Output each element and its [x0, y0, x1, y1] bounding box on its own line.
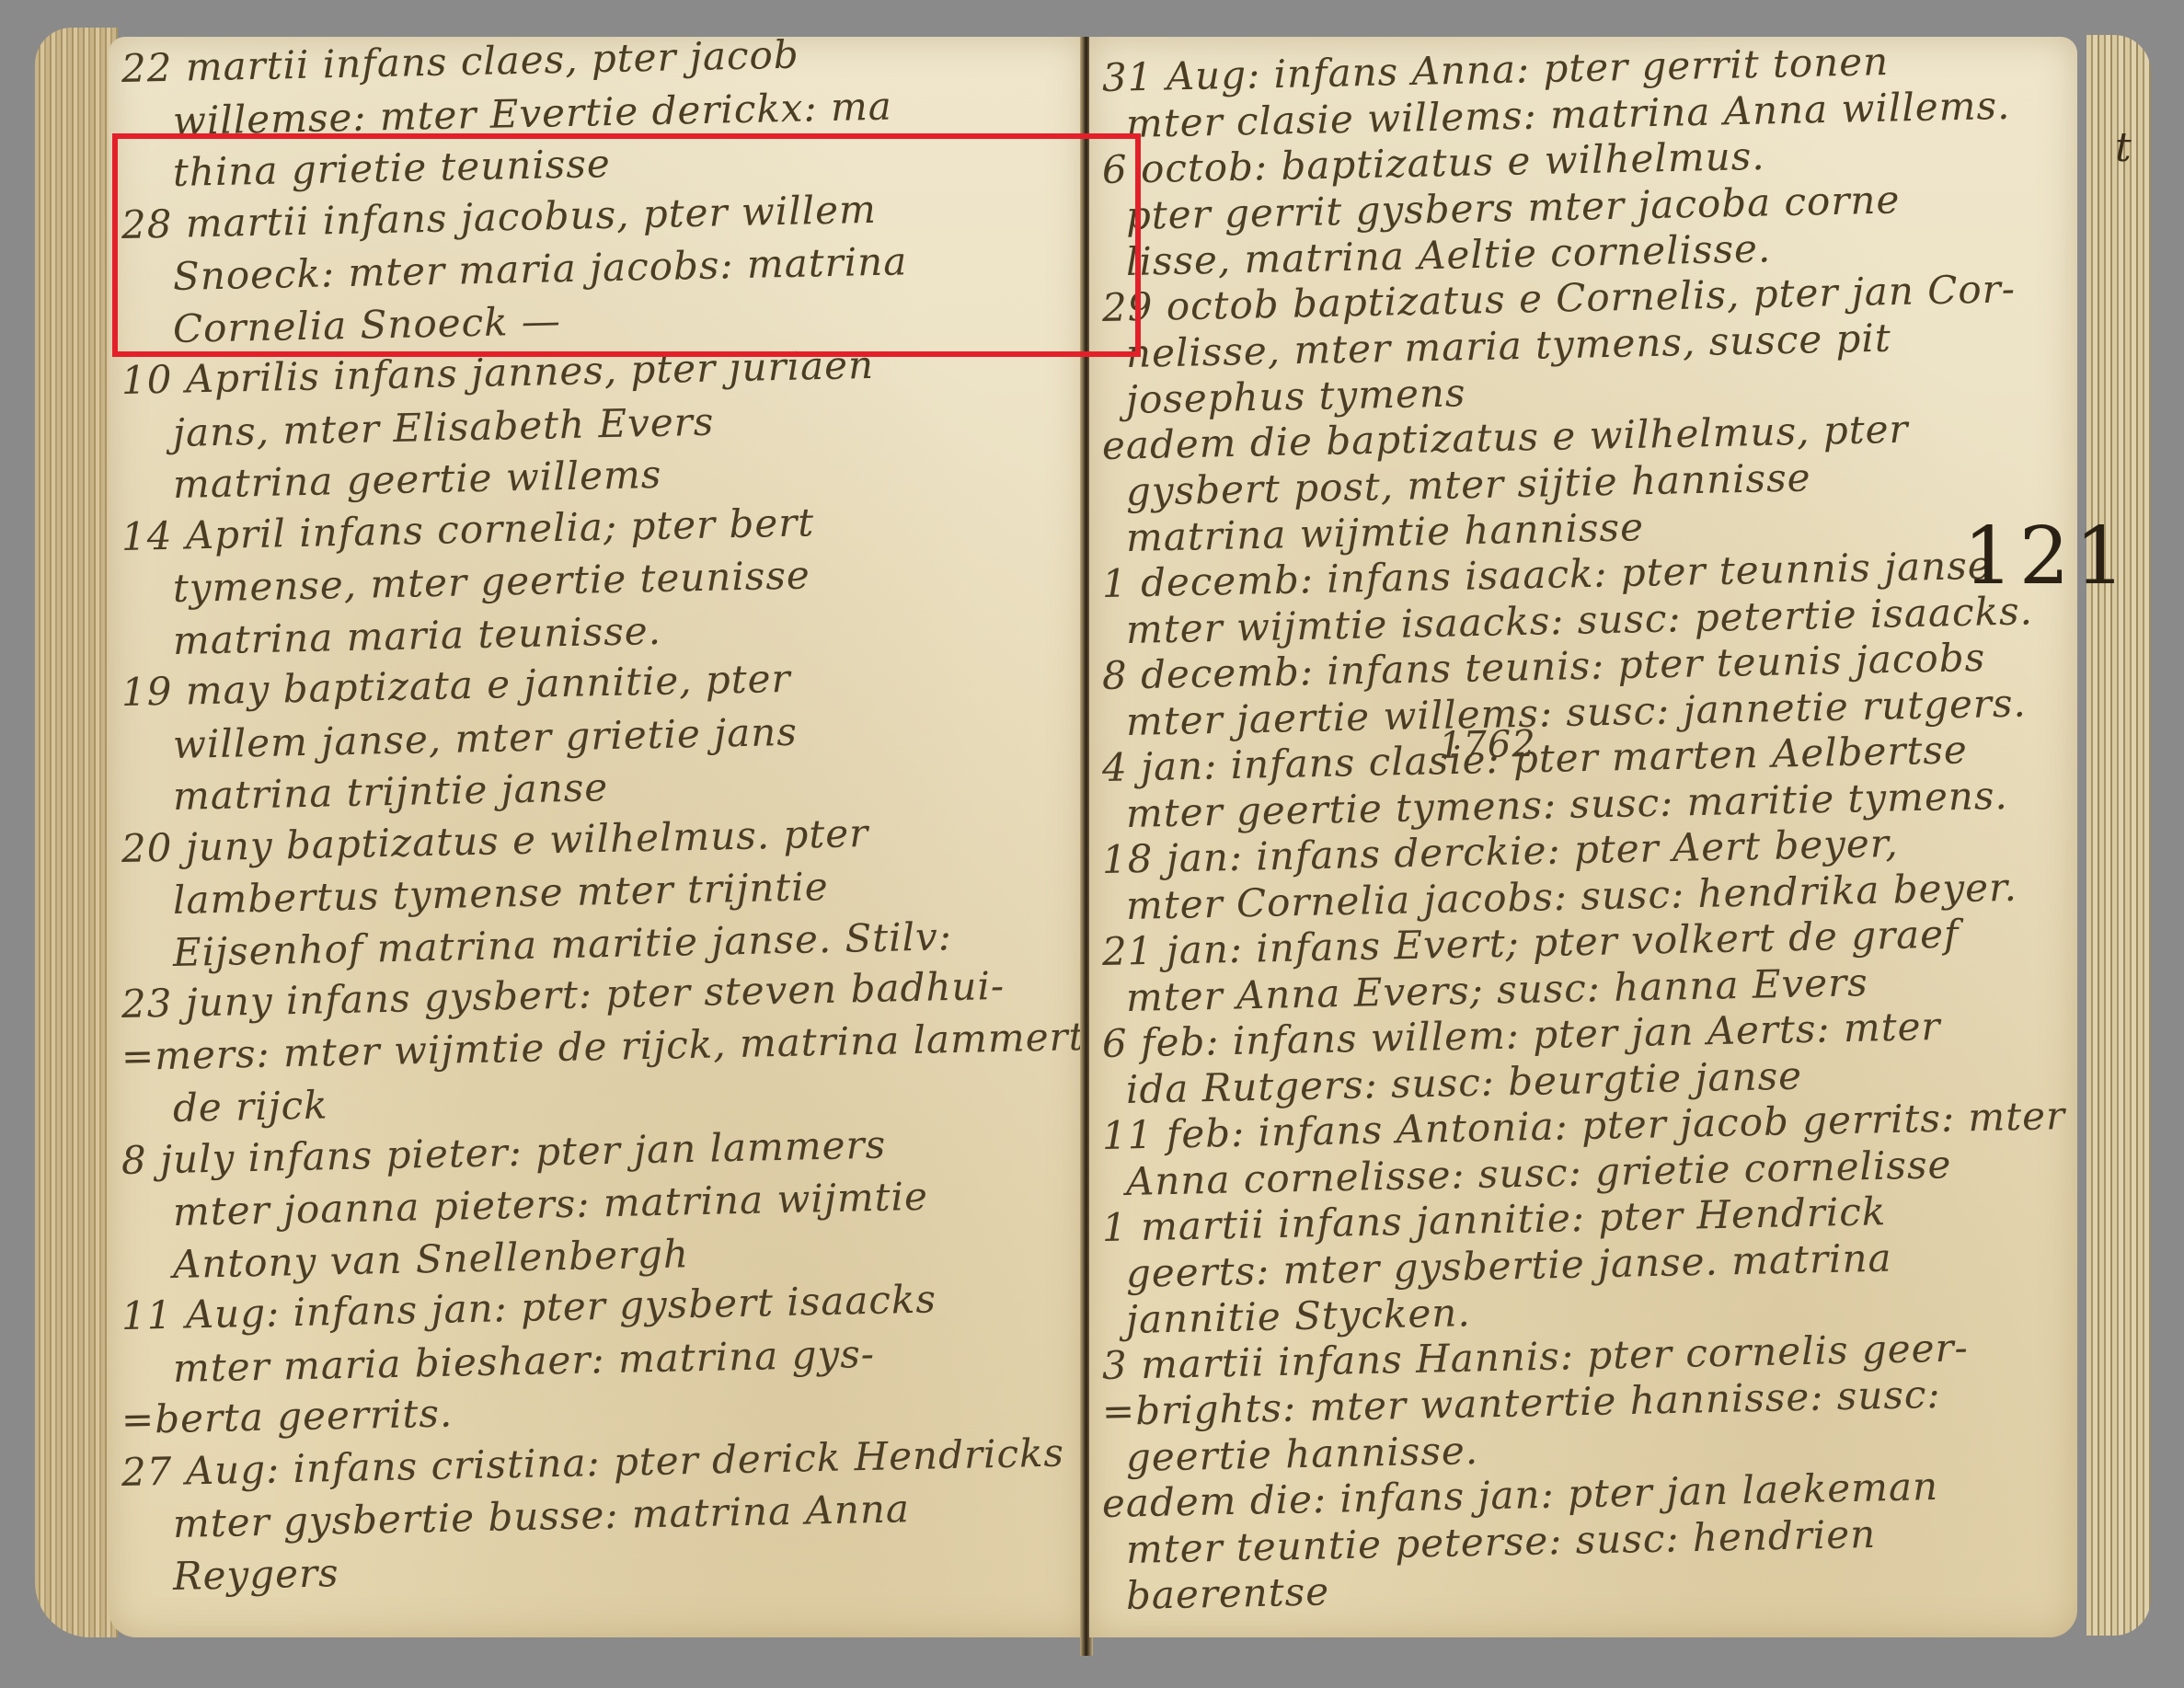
handwritten-line: Antony van Snellenbergh [172, 1231, 689, 1287]
handwritten-line: matrina trijntie janse [172, 764, 608, 819]
handwritten-line: 14 April infans cornelia; pter bert [121, 500, 814, 559]
handwritten-line: lambertus tymense mter trijntie [172, 864, 829, 923]
handwritten-line: de rijck [172, 1082, 328, 1131]
handwritten-line: mter joanna pieters: matrina wijmtie [172, 1174, 928, 1234]
handwritten-line: jannitie Stycken. [1125, 1290, 1471, 1342]
handwritten-line: willem janse, mter grietie jans [172, 708, 798, 766]
handwritten-line: mter gysbertie busse: matrina Anna [172, 1486, 910, 1546]
right-page: 31 Aug: infans Anna: pter gerrit tonenmt… [1089, 37, 2077, 1637]
year-marker: 1762 [1439, 723, 1537, 767]
handwritten-line: 19 may baptizata e jannitie, pter [121, 656, 791, 715]
handwritten-line: tymense, mter geertie teunisse [172, 552, 810, 610]
handwritten-line: 11 Aug: infans jan: pter gysbert isaacks [121, 1276, 937, 1338]
handwritten-line: Reygers [172, 1550, 339, 1599]
page-number: 121 [1963, 511, 2131, 603]
left-page-edges [35, 28, 118, 1637]
handwritten-line: =berta geerrits. [121, 1390, 453, 1442]
handwritten-line: geertie hannisse. [1125, 1428, 1478, 1480]
right-page-text: 31 Aug: infans Anna: pter gerrit tonenmt… [1089, 37, 2077, 1637]
handwritten-line: matrina maria teunisse. [172, 607, 661, 662]
handwritten-line: 22 martii infans claes, pter jacob [121, 32, 799, 91]
handwritten-line: 8 july infans pieter: pter jan lammers [121, 1121, 886, 1182]
margin-mark-t: t [2115, 124, 2132, 171]
handwritten-line: baerentse [1125, 1568, 1329, 1618]
handwritten-line: Eijsenhof matrina maritie janse. Stilv: [172, 913, 952, 975]
handwritten-line: 20 juny baptizatus e wilhelmus. pter [121, 810, 868, 870]
handwritten-line: matrina geertie willems [172, 452, 661, 507]
handwritten-line: josephus tymens [1125, 370, 1466, 422]
handwritten-line: jans, mter Elisabeth Evers [172, 398, 714, 454]
right-page-edges [2086, 35, 2151, 1636]
handwritten-line: mter maria bieshaer: matrina gys- [172, 1331, 875, 1391]
highlight-annotation-box [112, 133, 1141, 357]
